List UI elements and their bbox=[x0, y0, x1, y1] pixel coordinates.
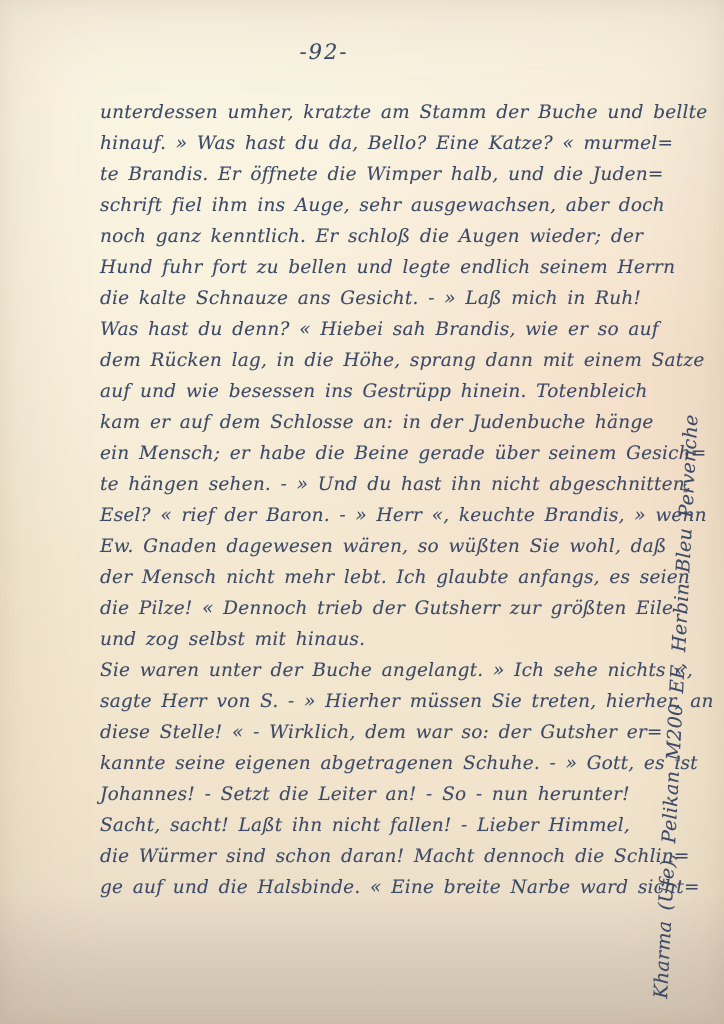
manuscript-line: und zog selbst mit hinaus. bbox=[100, 624, 656, 655]
manuscript-line: hinauf. » Was hast du da, Bello? Eine Ka… bbox=[100, 128, 656, 159]
manuscript-line: kam er auf dem Schlosse an: in der Juden… bbox=[100, 407, 656, 438]
manuscript-line: die Pilze! « Dennoch trieb der Gutsherr … bbox=[100, 593, 656, 624]
manuscript-line: Sie waren unter der Buche angelangt. » I… bbox=[100, 655, 656, 686]
manuscript-line: noch ganz kenntlich. Er schloß die Augen… bbox=[100, 221, 656, 252]
manuscript-line: Ew. Gnaden dagewesen wären, so wüßten Si… bbox=[100, 531, 656, 562]
manuscript-line: die Würmer sind schon daran! Macht denno… bbox=[100, 841, 656, 872]
manuscript-line: dem Rücken lag, in die Höhe, sprang dann… bbox=[100, 345, 656, 376]
manuscript-line: Sacht, sacht! Laßt ihn nicht fallen! - L… bbox=[100, 810, 656, 841]
manuscript-line: auf und wie besessen ins Gestrüpp hinein… bbox=[100, 376, 656, 407]
manuscript-line: ge auf und die Halsbinde. « Eine breite … bbox=[100, 872, 656, 903]
manuscript-line: te Brandis. Er öffnete die Wimper halb, … bbox=[100, 159, 656, 190]
manuscript-line: sagte Herr von S. - » Hierher müssen Sie… bbox=[100, 686, 656, 717]
manuscript-line: der Mensch nicht mehr lebt. Ich glaubte … bbox=[100, 562, 656, 593]
page-number: -92- bbox=[254, 40, 394, 64]
manuscript-line: te hängen sehen. - » Und du hast ihn nic… bbox=[100, 469, 656, 500]
manuscript-line: Johannes! - Setzt die Leiter an! - So - … bbox=[100, 779, 656, 810]
manuscript-line: ein Mensch; er habe die Beine gerade übe… bbox=[100, 438, 656, 469]
manuscript-line: diese Stelle! « - Wirklich, dem war so: … bbox=[100, 717, 656, 748]
manuscript-line: Hund fuhr fort zu bellen und legte endli… bbox=[100, 252, 656, 283]
manuscript-line: Was hast du denn? « Hiebei sah Brandis, … bbox=[100, 314, 656, 345]
manuscript-text-block: unterdessen umher, kratzte am Stamm der … bbox=[100, 97, 656, 903]
manuscript-line: schrift fiel ihm ins Auge, sehr ausgewac… bbox=[100, 190, 656, 221]
manuscript-line: die kalte Schnauze ans Gesicht. - » Laß … bbox=[100, 283, 656, 314]
manuscript-line: kannte seine eigenen abgetragenen Schuhe… bbox=[100, 748, 656, 779]
manuscript-line: unterdessen umher, kratzte am Stamm der … bbox=[100, 97, 656, 128]
manuscript-page: -92- unterdessen umher, kratzte am Stamm… bbox=[0, 0, 724, 1024]
manuscript-line: Esel? « rief der Baron. - » Herr «, keuc… bbox=[100, 500, 656, 531]
